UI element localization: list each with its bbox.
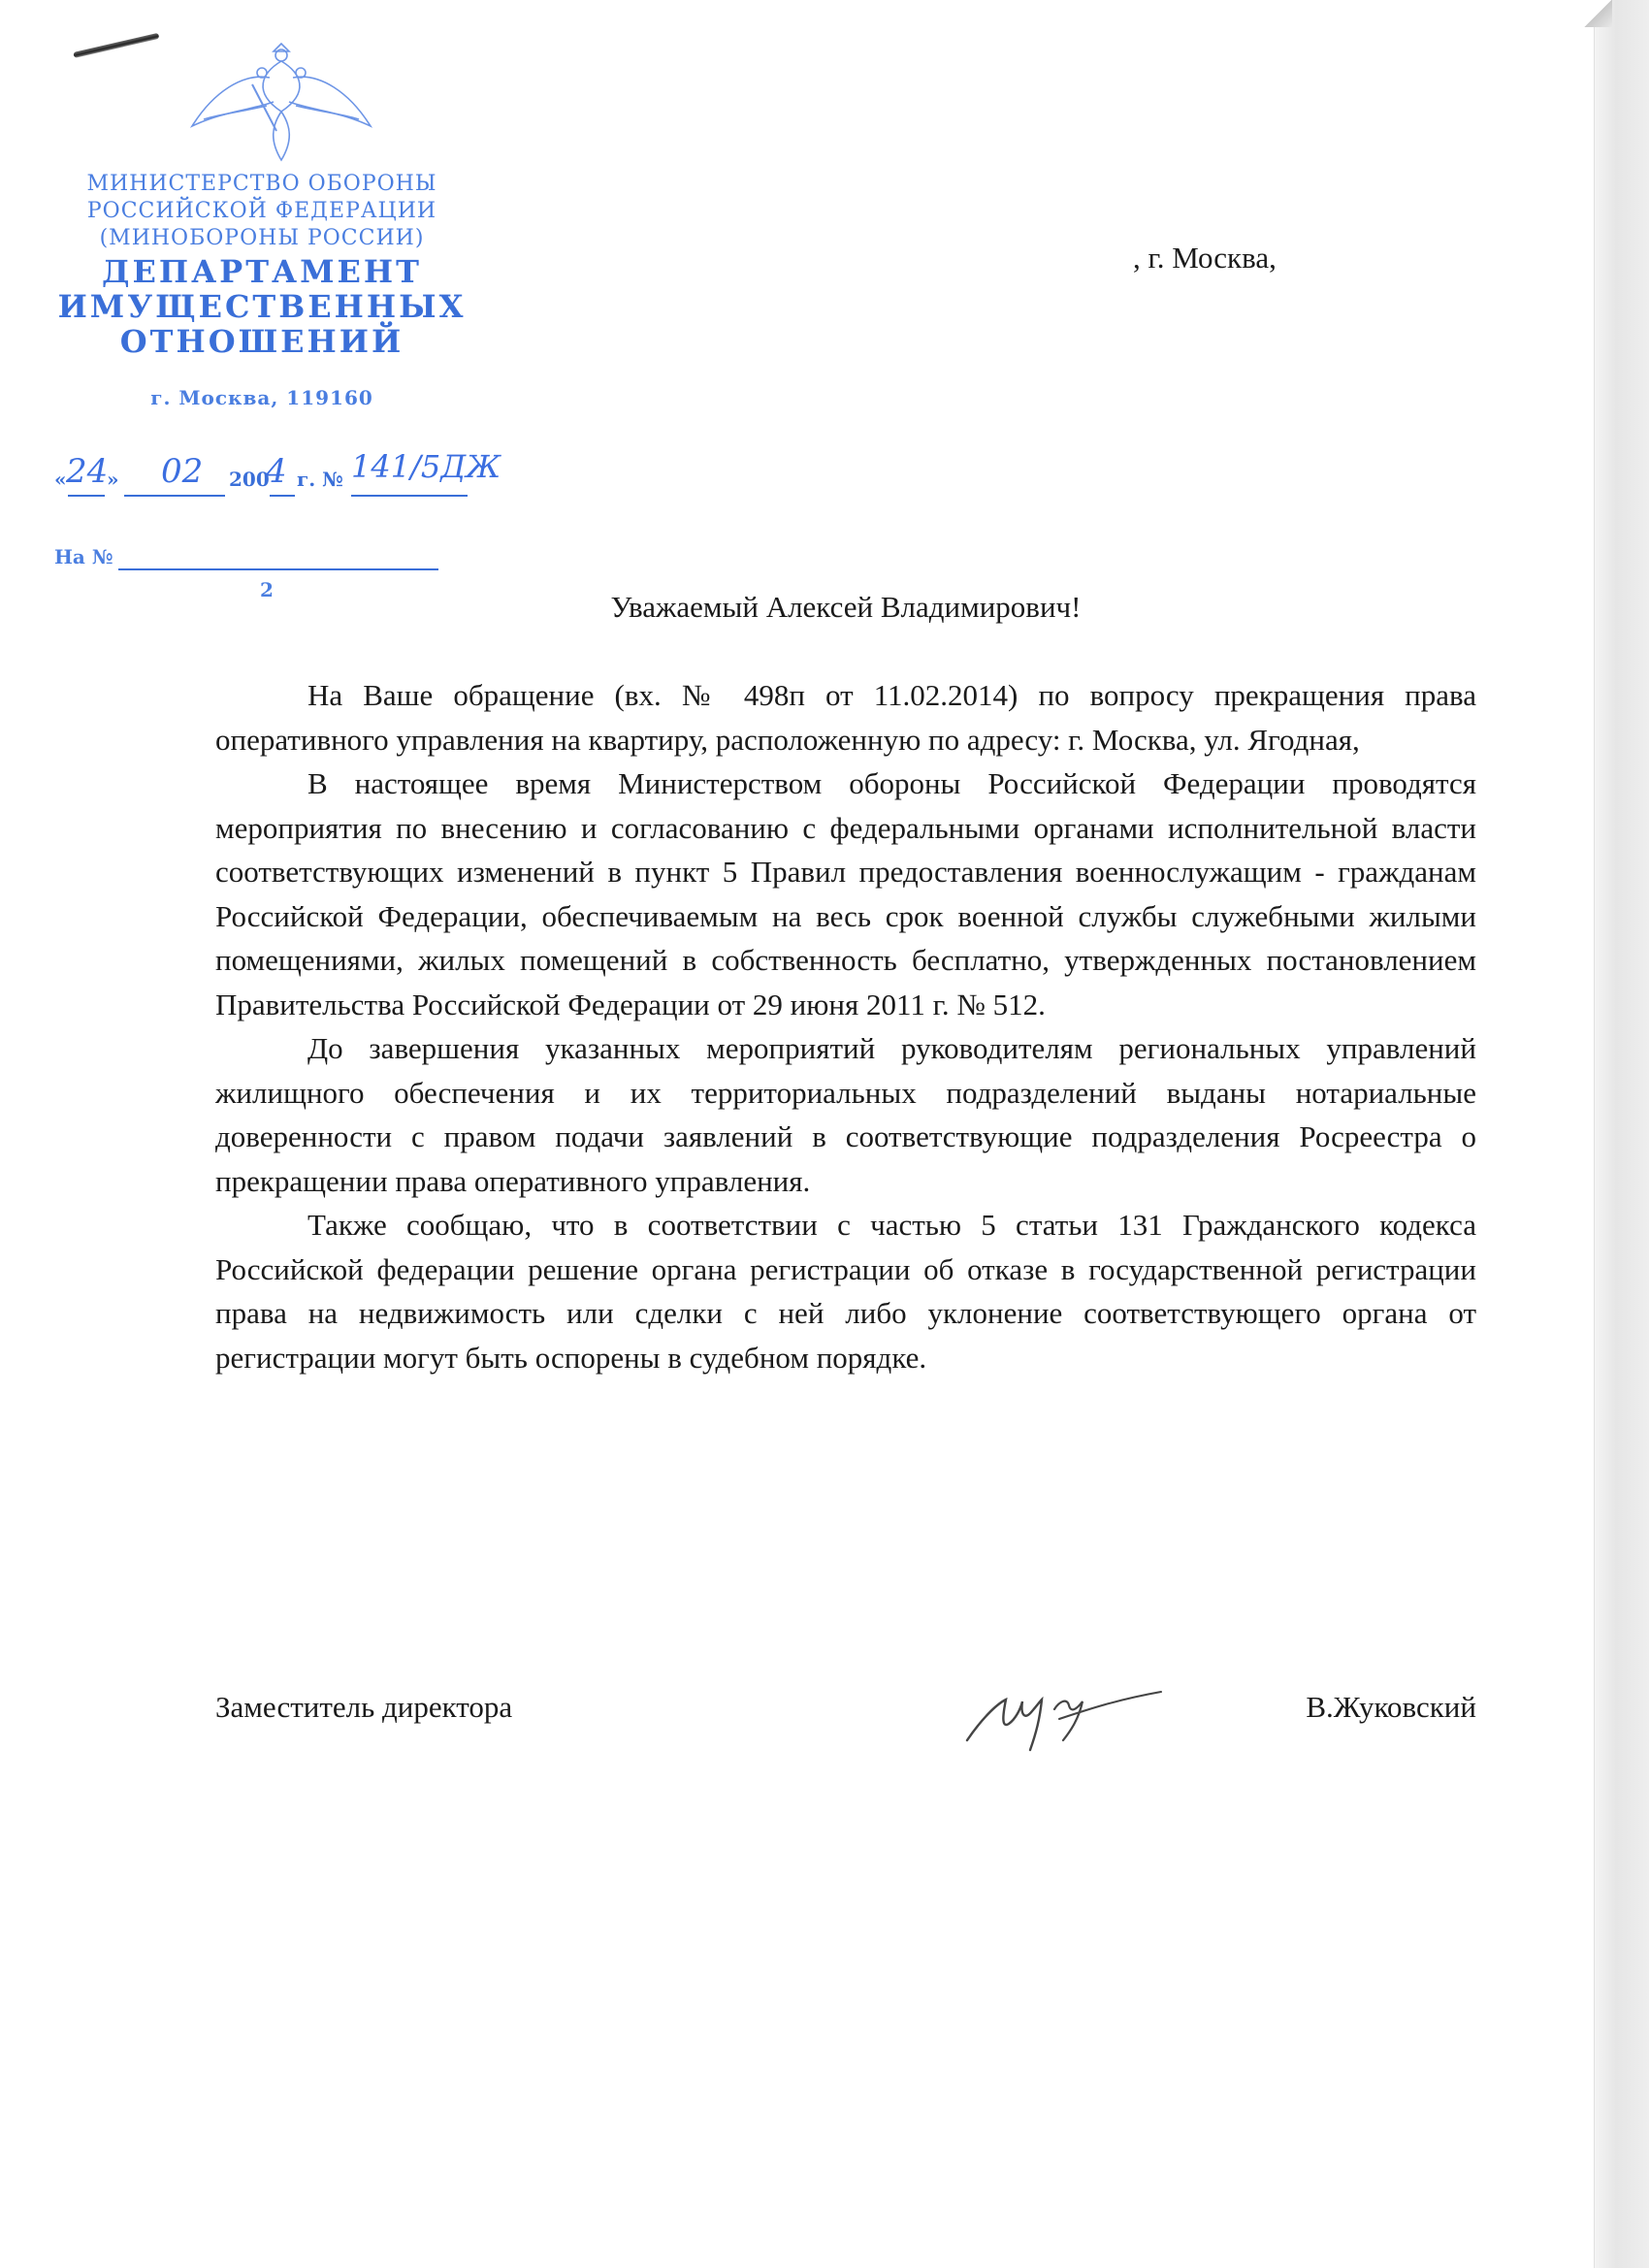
page-corner-fold	[1583, 0, 1612, 27]
ministry-line: РОССИЙСКОЙ ФЕДЕРАЦИИ	[58, 198, 466, 225]
reference-label: На №	[54, 545, 113, 568]
paragraph: В настоящее время Министерством обороны …	[215, 761, 1476, 1026]
ministry-name: МИНИСТЕРСТВО ОБОРОНЫ РОССИЙСКОЙ ФЕДЕРАЦИ…	[58, 171, 466, 252]
date-open-quote: «	[54, 468, 67, 491]
date-year-underline	[270, 495, 295, 497]
outgoing-number-handwritten: 141/5ДЖ	[351, 448, 501, 485]
date-day-handwritten: 24	[66, 452, 108, 491]
letterhead-city: г. Москва, 119160	[58, 386, 466, 409]
department-line: ИМУЩЕСТВЕННЫХ	[48, 289, 475, 324]
reference-underline	[118, 568, 438, 570]
date-close-quote: »	[107, 468, 119, 491]
recipient-city-line: , г. Москва,	[1133, 241, 1277, 275]
handwritten-signature-icon	[962, 1680, 1185, 1758]
paragraph: Также сообщаю, что в соответствии с част…	[215, 1203, 1476, 1379]
ministry-line: (МИНОБОРОНЫ РОССИИ)	[58, 225, 466, 252]
date-year-printed: 200	[229, 468, 270, 491]
paragraph: На Ваше обращение (вх. № 498п от 11.02.2…	[215, 673, 1476, 761]
double-headed-eagle-emblem-icon	[184, 34, 378, 170]
signatory-title: Заместитель директора	[215, 1690, 512, 1725]
letter-body: На Ваше обращение (вх. № 498п от 11.02.2…	[215, 673, 1476, 1379]
date-year-handwritten: 4	[266, 452, 287, 491]
reference-number-field: На №	[54, 545, 501, 568]
number-underline	[351, 495, 468, 497]
paragraph: До завершения указанных мероприятий руко…	[215, 1026, 1476, 1203]
department-line: ДЕПАРТАМЕНТ	[48, 254, 475, 289]
recipient-address: , г. Москва,	[1133, 241, 1277, 275]
number-label: г. №	[297, 468, 343, 491]
staple-mark	[73, 33, 159, 58]
scan-page-edge-shadow	[1594, 0, 1649, 2268]
outgoing-date-number-line: « 24 » 02 200 4 г. № 141/5ДЖ	[54, 456, 578, 504]
signature-block: Заместитель директора В.Жуковский	[215, 1680, 1476, 1758]
ministry-line: МИНИСТЕРСТВО ОБОРОНЫ	[58, 171, 466, 198]
signatory-name: В.Жуковский	[1306, 1690, 1476, 1725]
date-month-handwritten: 02	[161, 452, 203, 491]
date-day-underline	[68, 495, 105, 497]
department-name: ДЕПАРТАМЕНТ ИМУЩЕСТВЕННЫХ ОТНОШЕНИЙ	[48, 254, 475, 359]
salutation: Уважаемый Алексей Владимирович!	[215, 590, 1476, 625]
date-month-underline	[124, 495, 225, 497]
department-line: ОТНОШЕНИЙ	[48, 324, 475, 359]
